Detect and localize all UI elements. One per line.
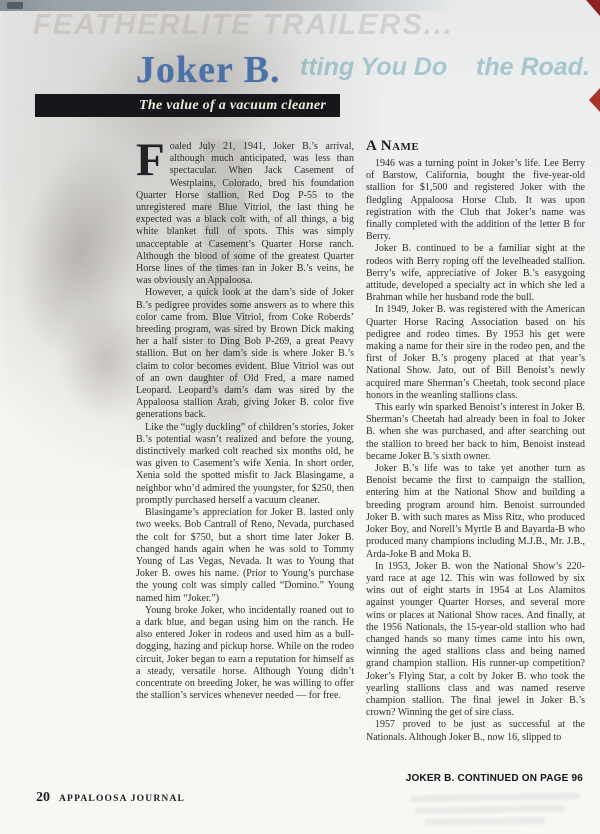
body-paragraph: This early win sparked Benoist’s interes… [366, 402, 585, 463]
section-heading: A Name [366, 138, 585, 155]
footer-page-number: 20 [36, 790, 50, 806]
body-paragraph: Joker B.’s life was to take yet another … [366, 463, 585, 561]
red-corner-triangle [586, 0, 600, 16]
article-subtitle: The value of a vacuum cleaner [139, 98, 326, 114]
footer-continued-notice: JOKER B. CONTINUED ON PAGE 96 [406, 773, 583, 784]
body-paragraph: Foaled July 21, 1941, Joker B.’s arrival… [136, 141, 354, 287]
bleed-through-line [425, 817, 545, 826]
drop-cap: F [136, 141, 170, 179]
footer-journal-name: APPALOOSA JOURNAL [59, 794, 185, 804]
ghost-ad-tagline-left: tting You Do [300, 53, 447, 82]
subtitle-bar: The value of a vacuum cleaner [35, 94, 340, 117]
right-column: A Name 1946 was a turning point in Joker… [366, 138, 585, 770]
body-paragraph: In 1953, Joker B. won the National Show’… [366, 561, 585, 720]
footer-left: 20 APPALOOSA JOURNAL [36, 790, 185, 806]
body-paragraph: Like the “ugly duckling” of children’s s… [136, 422, 354, 507]
body-paragraph: However, a quick look at the dam’s side … [136, 287, 354, 421]
body-paragraph: 1957 proved to be just as successful at … [366, 719, 585, 743]
bleed-through-line [415, 805, 565, 815]
scan-edge-mark [7, 2, 23, 9]
body-paragraph: In 1949, Joker B. was registered with th… [366, 304, 585, 402]
left-column: Foaled July 21, 1941, Joker B.’s arrival… [136, 141, 354, 765]
body-paragraph: Joker B. continued to be a familiar sigh… [366, 243, 585, 304]
magazine-page: FEATHERLITE TRAILERS... tting You Do the… [0, 0, 600, 834]
red-edge-triangle [589, 88, 600, 112]
body-paragraph: 1946 was a turning point in Joker’s life… [366, 158, 585, 243]
body-paragraph: Young broke Joker, who incidentally roan… [136, 605, 354, 703]
bleed-through-line [410, 793, 580, 803]
ghost-ad-tagline-right: the Road. [476, 53, 590, 82]
ghost-ad-headline: FEATHERLITE TRAILERS... [33, 9, 454, 42]
body-paragraph: Blasingame’s appreciation for Joker B. l… [136, 507, 354, 605]
article-title: Joker B. [136, 48, 281, 92]
